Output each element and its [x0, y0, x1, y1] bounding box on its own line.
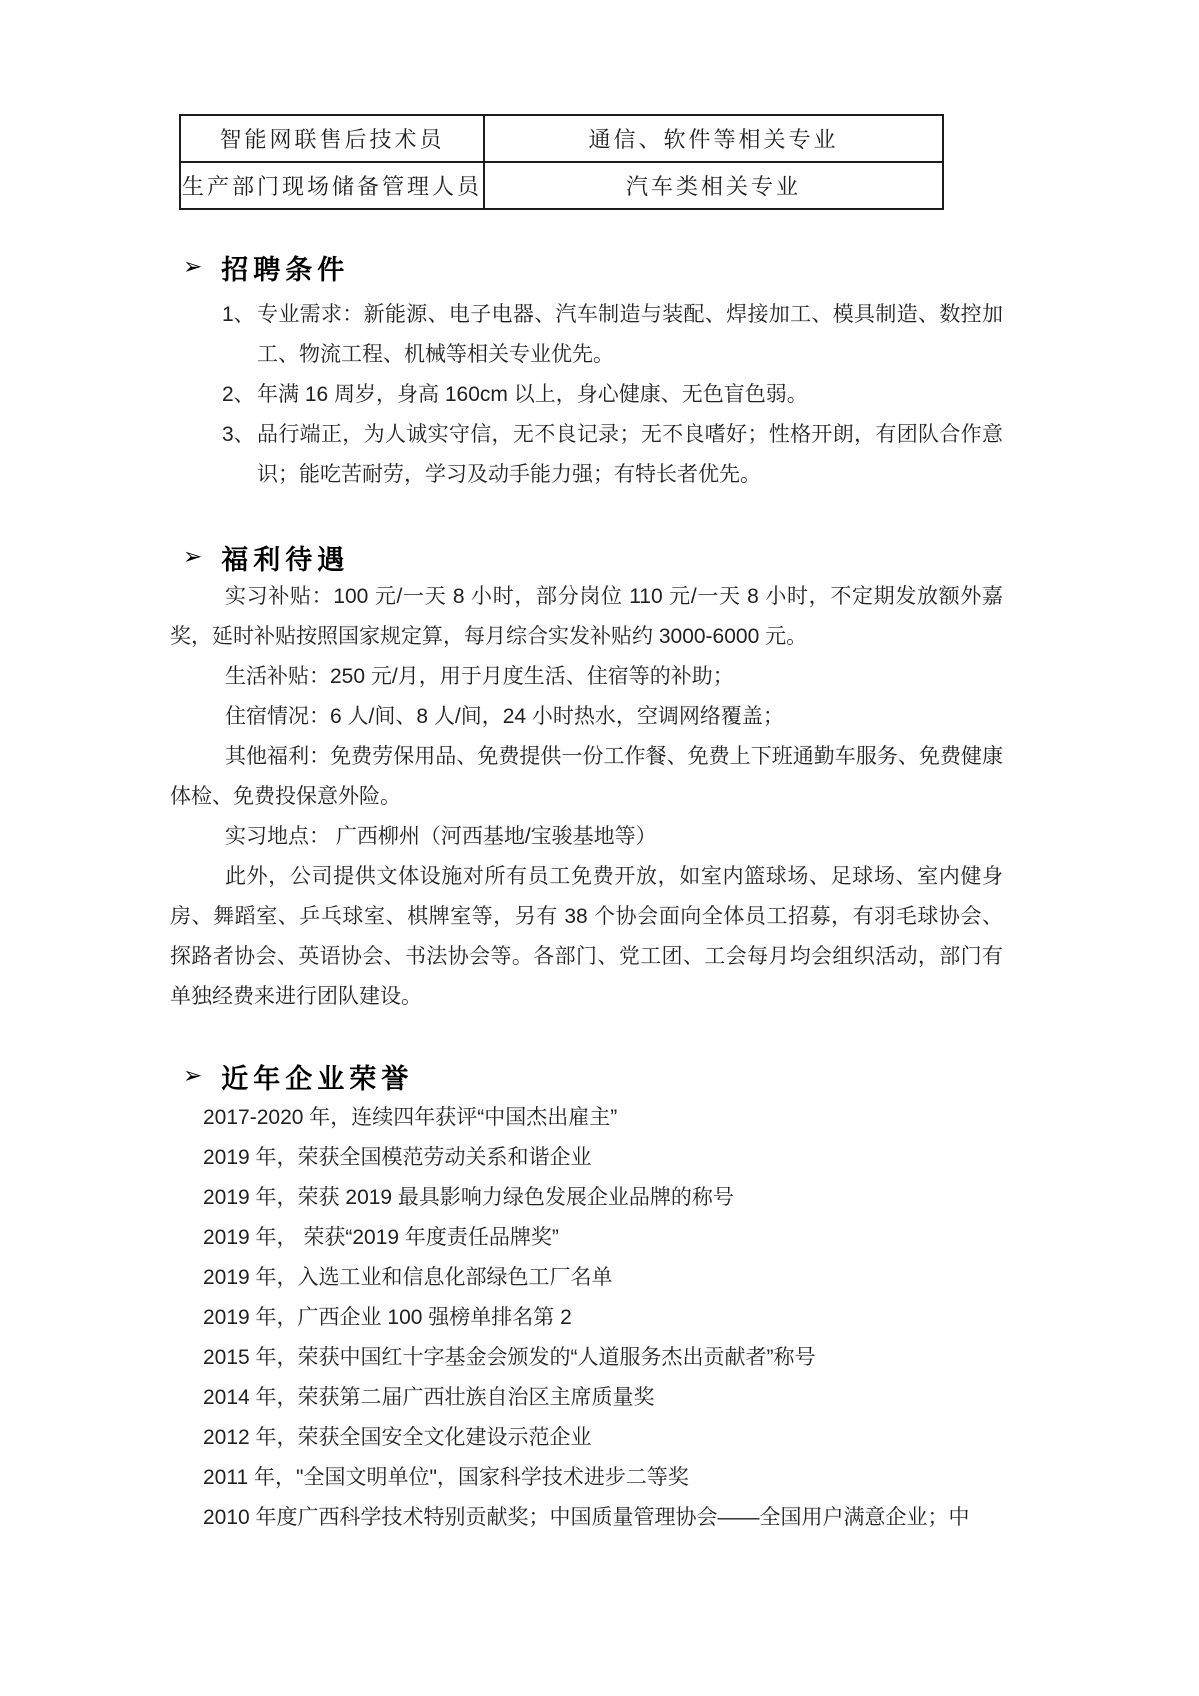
honor-item: 2019 年，荣获 2019 最具影响力绿色发展企业品牌的称号: [203, 1178, 1003, 1218]
document-page: 智能网联售后技术员 通信、软件等相关专业 生产部门现场储备管理人员 汽车类相关专…: [0, 0, 1199, 1696]
body-line: 品行端正，为人诚实守信，无不良记录；无不良嗜好；性格开朗，有团队合作意: [257, 415, 1003, 455]
job-major-cell: 通信、软件等相关专业: [484, 115, 943, 162]
arrowhead-bullet-icon: ➢: [183, 546, 202, 569]
body-line: 实习补贴：100 元/一天 8 小时，部分岗位 110 元/一天 8 小时，不定…: [170, 577, 1003, 617]
list-item: 3、 品行端正，为人诚实守信，无不良记录；无不良嗜好；性格开朗，有团队合作意 识…: [170, 415, 1003, 495]
arrowhead-bullet-icon: ➢: [183, 256, 202, 279]
document-body: ➢ 招聘条件 1、 专业需求：新能源、电子电器、汽车制造与装配、焊接加工、模具制…: [170, 247, 1003, 1538]
body-line: 工、物流工程、机械等相关专业优先。: [257, 335, 1003, 375]
body-line: 专业需求：新能源、电子电器、汽车制造与装配、焊接加工、模具制造、数控加: [257, 295, 1003, 335]
list-item-text: 专业需求：新能源、电子电器、汽车制造与装配、焊接加工、模具制造、数控加 工、物流…: [257, 295, 1003, 375]
honor-item: 2019 年，入选工业和信息化部绿色工厂名单: [203, 1258, 1003, 1298]
list-number: 2、: [222, 375, 257, 415]
list-item-text: 品行端正，为人诚实守信，无不良记录；无不良嗜好；性格开朗，有团队合作意 识；能吃…: [257, 415, 1003, 495]
list-number: 3、: [222, 415, 257, 495]
body-line: 年满 16 周岁，身高 160cm 以上，身心健康、无色盲色弱。: [257, 375, 1003, 415]
section-heading-honors: ➢ 近年企业荣誉: [183, 1056, 1003, 1096]
body-line: 探路者协会、英语协会、书法协会等。各部门、党工团、工会每月均会组织活动，部门有: [170, 937, 1003, 977]
honor-item: 2019 年，广西企业 100 强榜单排名第 2: [203, 1298, 1003, 1338]
jobs-table: 智能网联售后技术员 通信、软件等相关专业 生产部门现场储备管理人员 汽车类相关专…: [179, 114, 944, 210]
section-title: 招聘条件: [221, 248, 349, 287]
body-line: 单独经费来进行团队建设。: [170, 977, 1003, 1017]
recruitment-list: 1、 专业需求：新能源、电子电器、汽车制造与装配、焊接加工、模具制造、数控加 工…: [170, 295, 1003, 495]
honor-item: 2019 年，荣获全国模范劳动关系和谐企业: [203, 1138, 1003, 1178]
honor-item: 2011 年，"全国文明单位"，国家科学技术进步二等奖: [203, 1458, 1003, 1498]
arrowhead-bullet-icon: ➢: [183, 1065, 202, 1088]
job-position-cell: 生产部门现场储备管理人员: [180, 162, 484, 209]
job-major-cell: 汽车类相关专业: [484, 162, 943, 209]
honor-item: 2015 年，荣获中国红十字基金会颁发的“人道服务杰出贡献者”称号: [203, 1338, 1003, 1378]
honor-item: 2017-2020 年，连续四年获评“中国杰出雇主”: [203, 1098, 1003, 1138]
body-line: 体检、免费投保意外险。: [170, 777, 1003, 817]
section-heading-welfare: ➢ 福利待遇: [183, 537, 1003, 577]
list-number: 1、: [222, 295, 257, 375]
honor-item: 2012 年，荣获全国安全文化建设示范企业: [203, 1418, 1003, 1458]
body-line: 识；能吃苦耐劳，学习及动手能力强；有特长者优先。: [257, 455, 1003, 495]
section-title: 福利待遇: [221, 538, 349, 577]
job-position-cell: 智能网联售后技术员: [180, 115, 484, 162]
honor-item: 2014 年，荣获第二届广西壮族自治区主席质量奖: [203, 1378, 1003, 1418]
body-line: 奖，延时补贴按照国家规定算，每月综合实发补贴约 3000-6000 元。: [170, 617, 1003, 657]
body-line: 生活补贴：250 元/月，用于月度生活、住宿等的补助；: [170, 657, 1003, 697]
table-row: 智能网联售后技术员 通信、软件等相关专业: [180, 115, 943, 162]
section-title: 近年企业荣誉: [221, 1057, 413, 1096]
body-line: 房、舞蹈室、乒乓球室、棋牌室等，另有 38 个协会面向全体员工招募，有羽毛球协会…: [170, 897, 1003, 937]
section-heading-recruitment: ➢ 招聘条件: [183, 247, 1003, 287]
list-item: 1、 专业需求：新能源、电子电器、汽车制造与装配、焊接加工、模具制造、数控加 工…: [170, 295, 1003, 375]
honor-item: 2010 年度广西科学技术特别贡献奖；中国质量管理协会——全国用户满意企业；中: [203, 1498, 1003, 1538]
list-item: 2、 年满 16 周岁，身高 160cm 以上，身心健康、无色盲色弱。: [170, 375, 1003, 415]
body-line: 实习地点： 广西柳州（河西基地/宝骏基地等）: [170, 817, 1003, 857]
body-line: 住宿情况：6 人/间、8 人/间，24 小时热水，空调网络覆盖；: [170, 697, 1003, 737]
body-line: 其他福利：免费劳保用品、免费提供一份工作餐、免费上下班通勤车服务、免费健康: [170, 737, 1003, 777]
honors-list: 2017-2020 年，连续四年获评“中国杰出雇主” 2019 年，荣获全国模范…: [170, 1098, 1003, 1538]
table-row: 生产部门现场储备管理人员 汽车类相关专业: [180, 162, 943, 209]
body-line: 此外，公司提供文体设施对所有员工免费开放，如室内篮球场、足球场、室内健身: [170, 857, 1003, 897]
list-item-text: 年满 16 周岁，身高 160cm 以上，身心健康、无色盲色弱。: [257, 375, 1003, 415]
honor-item: 2019 年， 荣获“2019 年度责任品牌奖”: [203, 1218, 1003, 1258]
welfare-paragraphs: 实习补贴：100 元/一天 8 小时，部分岗位 110 元/一天 8 小时，不定…: [170, 577, 1003, 1017]
